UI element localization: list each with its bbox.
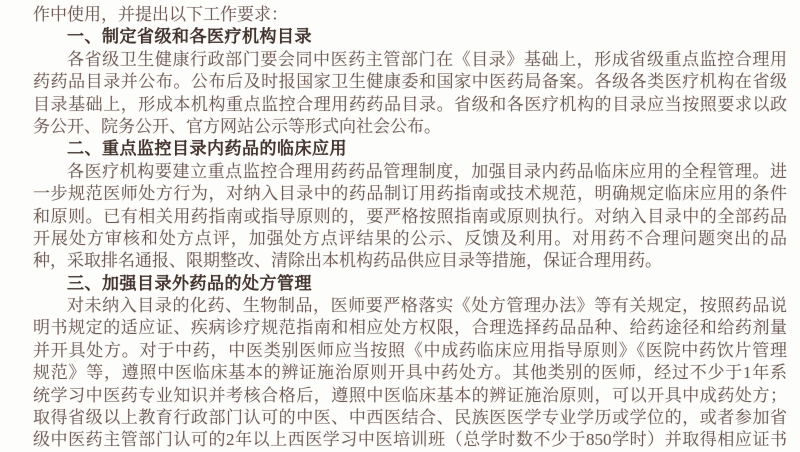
section-3-line-5: 统学习中医药专业知识并考核合格后，遵照中医临床基本的辨证施治原则，可以开具中成药… <box>33 385 787 407</box>
section-3-line-6: 取得省级以上教育行政部门认可的中医、中西医结合、民族医医学专业学历或学位的，或者… <box>33 407 787 429</box>
section-2-line-1: 各医疗机构要建立重点监控合理用药药品管理制度，加强目录内药品临床应用的全程管理。… <box>33 161 787 183</box>
section-1-line-1: 各省级卫生健康行政部门要会同中医药主管部门在《目录》基础上，形成省级重点监控合理… <box>33 49 787 71</box>
section-3-line-4: 规范》等，遵照中医临床基本的辨证施治原则开具中药处方。其他类别的医师，经过不少于… <box>33 362 787 384</box>
section-3-line-7: 级中医药主管部门认可的2年以上西医学习中医培训班（总学时数不少于850学时）并取… <box>33 429 787 441</box>
section-2-heading: 二、重点监控目录内药品的临床应用 <box>33 138 787 160</box>
section-3-line-1: 对未纳入目录的化药、生物制品，医师要严格落实《处方管理办法》等有关规定，按照药品… <box>33 295 787 317</box>
section-1-line-3: 目录基础上，形成本机构重点监控合理用药药品目录。省级和各医疗机构的目录应当按照要… <box>33 94 787 116</box>
section-2-line-5: 种，采取排名通报、限期整改、清除出本机构药品供应目录等措施，保证合理用药。 <box>33 250 787 272</box>
continuation-line: 作中使用，并提出以下工作要求： <box>33 4 787 26</box>
section-1-heading: 一、制定省级和各医疗机构目录 <box>33 26 787 48</box>
section-1-line-2: 药药品目录并公布。公布后及时报国家卫生健康委和国家中医药局备案。各级各类医疗机构… <box>33 71 787 93</box>
section-2-line-2: 一步规范医师处方行为，对纳入目录中的药品制订用药指南或技术规范，明确规定临床应用… <box>33 183 787 205</box>
scanned-document-page: 作中使用，并提出以下工作要求： 一、制定省级和各医疗机构目录 各省级卫生健康行政… <box>0 0 800 441</box>
section-3-line-3: 并开具处方。对于中药，中医类别医师应当按照《中成药临床应用指导原则》《医院中药饮… <box>33 340 787 362</box>
section-1-line-4: 务公开、院务公开、官方网站公示等形式向社会公布。 <box>33 116 787 138</box>
section-3-heading: 三、加强目录外药品的处方管理 <box>33 273 787 295</box>
section-2-line-4: 开展处方审核和处方点评，加强处方点评结果的公示、反馈及利用。对用药不合理问题突出… <box>33 228 787 250</box>
section-2-line-3: 和原则。已有相关用药指南或指导原则的，要严格按照指南或原则执行。对纳入目录中的全… <box>33 206 787 228</box>
section-3-line-2: 明书规定的适应证、疾病诊疗规范指南和相应处方权限，合理选择药品品种、给药途径和给… <box>33 317 787 339</box>
